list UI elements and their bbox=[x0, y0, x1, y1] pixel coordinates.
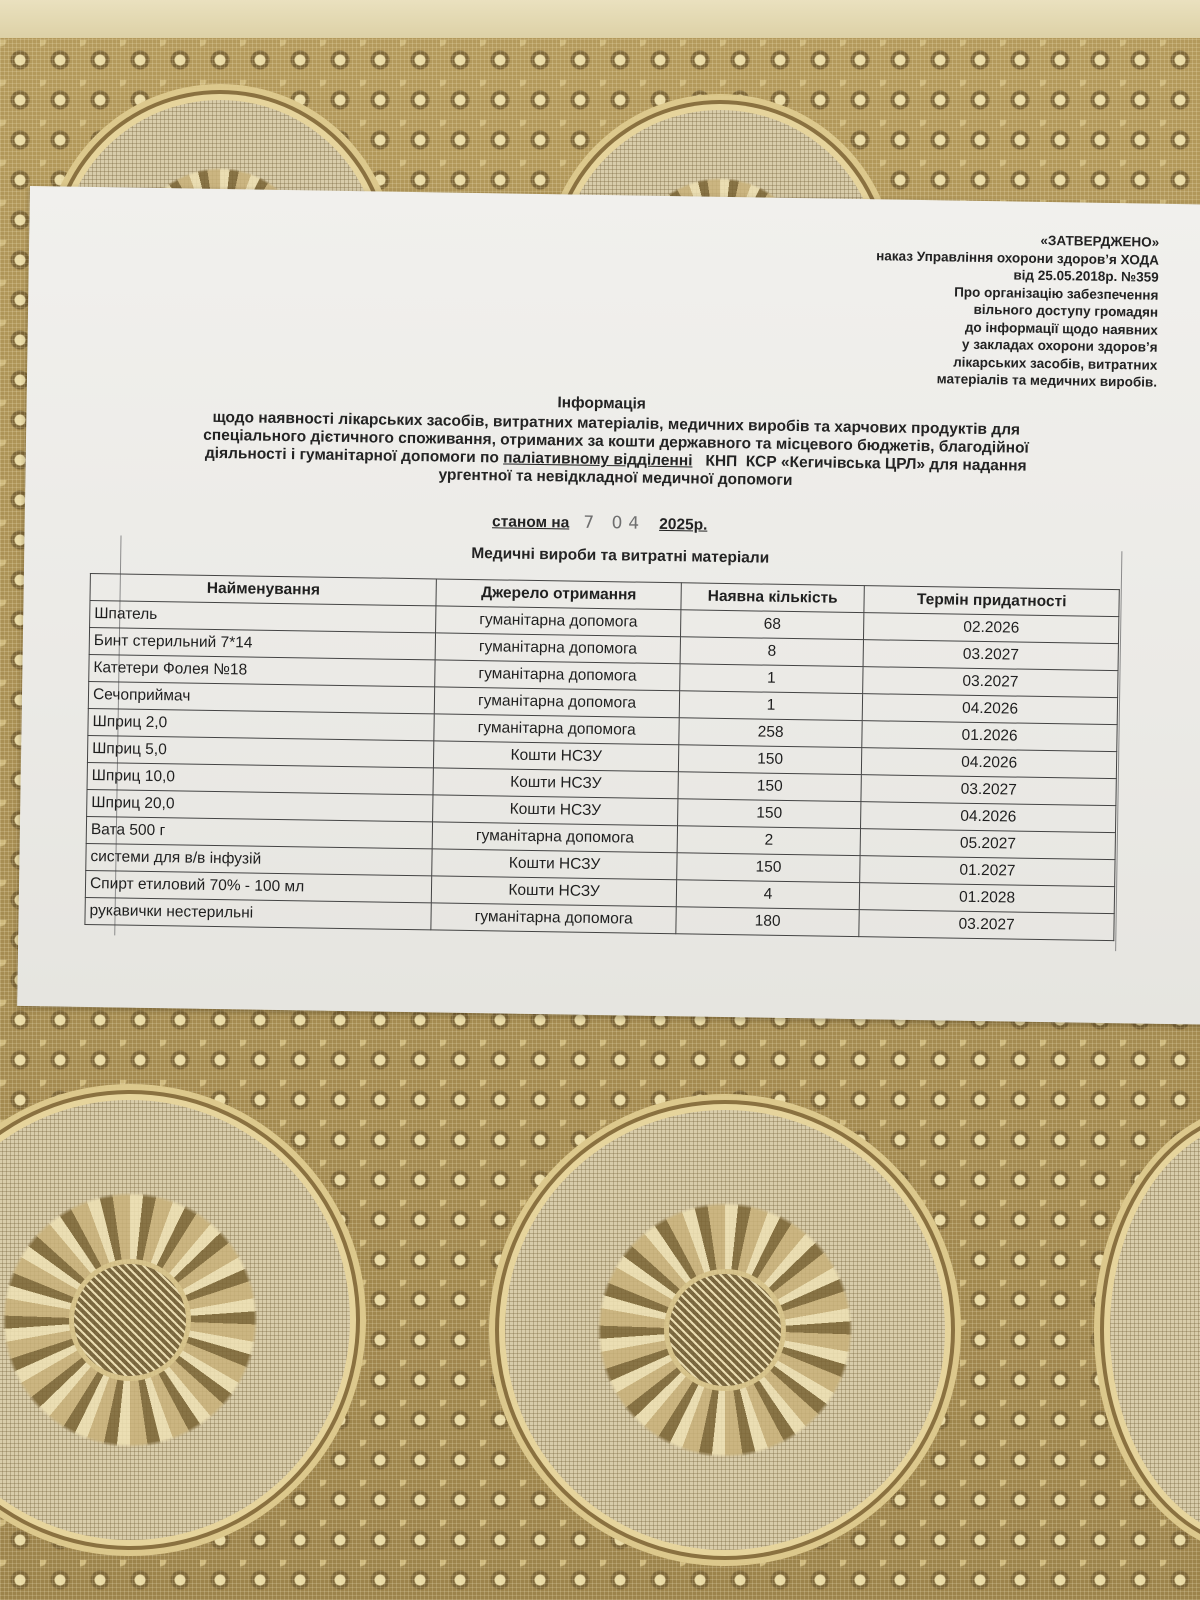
item-expiry: 04.2026 bbox=[862, 748, 1117, 779]
item-expiry: 01.2027 bbox=[860, 856, 1115, 887]
item-source: гуманітарна допомога bbox=[435, 633, 680, 664]
item-quantity: 1 bbox=[680, 664, 864, 694]
item-quantity: 150 bbox=[677, 853, 861, 883]
item-quantity: 68 bbox=[680, 610, 864, 640]
department-name: паліативному відділенні bbox=[503, 449, 693, 469]
item-expiry: 01.2028 bbox=[860, 883, 1115, 914]
item-quantity: 8 bbox=[680, 637, 864, 667]
header-source: Джерело отримання bbox=[436, 579, 681, 610]
document-subtitle: щодо наявності лікарських засобів, витра… bbox=[85, 407, 1146, 496]
item-expiry: 03.2027 bbox=[863, 640, 1118, 671]
lace-flower-ornament bbox=[0, 1179, 271, 1461]
approval-stamp-block: «ЗАТВЕРДЖЕНО»наказ Управління охорони зд… bbox=[737, 227, 1159, 391]
as-of-year: 2025р. bbox=[659, 516, 708, 534]
item-expiry: 03.2027 bbox=[863, 667, 1118, 698]
lace-medallion bbox=[505, 1110, 945, 1550]
item-source: Кошти НСЗУ bbox=[432, 849, 677, 880]
as-of-label: станом на bbox=[492, 513, 569, 531]
header-expiry: Термін придатності bbox=[864, 586, 1119, 617]
item-expiry: 02.2026 bbox=[864, 613, 1119, 644]
item-quantity: 150 bbox=[678, 772, 862, 802]
item-quantity: 180 bbox=[676, 907, 860, 937]
wall-background bbox=[0, 0, 1200, 38]
inventory-table: Найменування Джерело отримання Наявна кі… bbox=[84, 573, 1119, 941]
item-quantity: 1 bbox=[679, 691, 863, 721]
item-source: гуманітарна допомога bbox=[436, 606, 681, 637]
item-source: Кошти НСЗУ bbox=[433, 768, 678, 799]
item-expiry: 03.2027 bbox=[861, 775, 1116, 806]
item-expiry: 03.2027 bbox=[859, 910, 1114, 941]
item-expiry: 04.2026 bbox=[862, 694, 1117, 725]
handwritten-date: 7 04 bbox=[583, 513, 645, 534]
item-source: Кошти НСЗУ bbox=[432, 876, 677, 907]
item-source: гуманітарна допомога bbox=[434, 714, 679, 745]
document-sheet: «ЗАТВЕРДЖЕНО»наказ Управління охорони зд… bbox=[17, 186, 1200, 1025]
lace-flower-ornament bbox=[584, 1189, 866, 1471]
item-expiry: 05.2027 bbox=[860, 829, 1115, 860]
item-source: гуманітарна допомога bbox=[433, 822, 678, 853]
item-source: гуманітарна допомога bbox=[431, 903, 676, 934]
item-quantity: 150 bbox=[678, 745, 862, 775]
header-quantity: Наявна кількість bbox=[681, 583, 865, 613]
subtitle-text: діяльності і гуманітарної допомоги по bbox=[205, 445, 504, 467]
item-expiry: 04.2026 bbox=[861, 802, 1116, 833]
item-quantity: 2 bbox=[677, 826, 861, 856]
item-quantity: 150 bbox=[677, 799, 861, 829]
item-source: Кошти НСЗУ bbox=[433, 795, 678, 826]
item-quantity: 258 bbox=[679, 718, 863, 748]
item-source: Кошти НСЗУ bbox=[434, 741, 679, 772]
item-quantity: 4 bbox=[676, 880, 860, 910]
item-source: гуманітарна допомога bbox=[435, 687, 680, 718]
item-name: рукавички нестерильні bbox=[85, 897, 432, 929]
item-expiry: 01.2026 bbox=[862, 721, 1117, 752]
item-source: гуманітарна допомога bbox=[435, 660, 680, 691]
